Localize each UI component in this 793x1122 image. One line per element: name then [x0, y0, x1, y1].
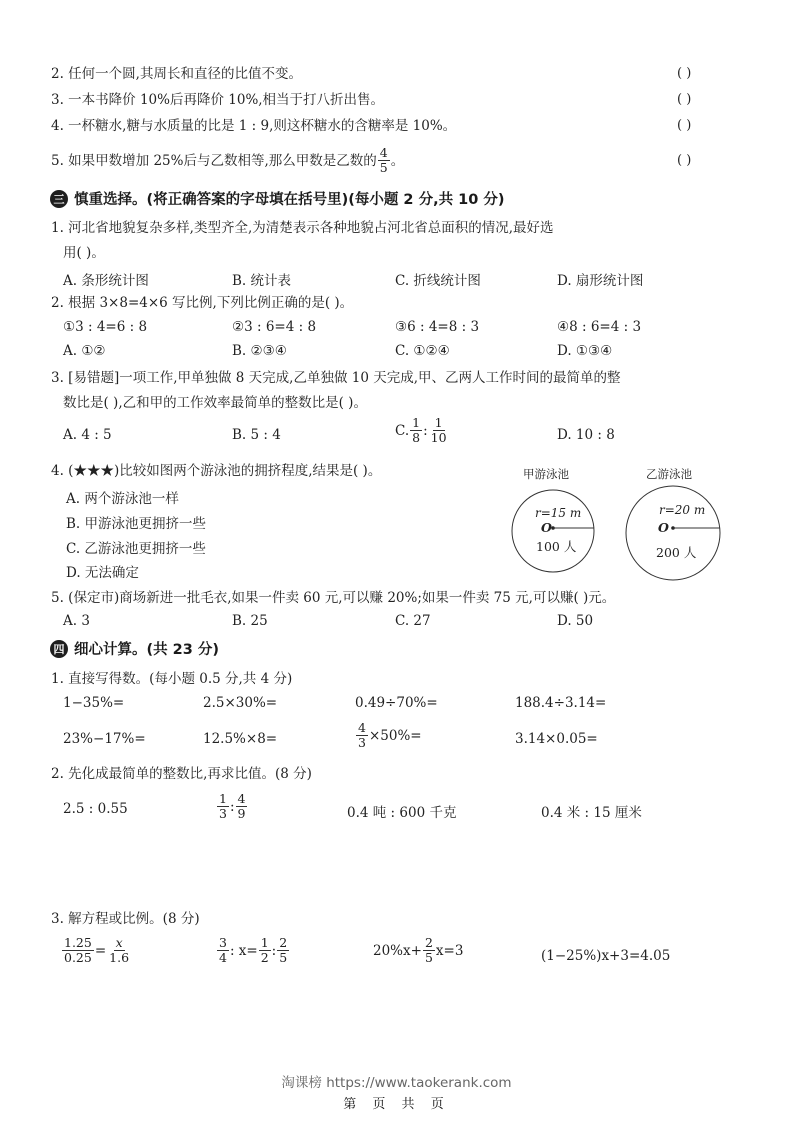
calc-item: 43 ×50%= — [355, 721, 422, 750]
expression: 20%x+ — [373, 943, 422, 959]
answer-bracket[interactable]: ( ) — [677, 153, 691, 168]
ratio-sign: : — [230, 799, 235, 815]
option-c[interactable]: C. 27 — [395, 613, 431, 629]
item-text: 。 — [391, 152, 405, 170]
numerator: x — [114, 936, 125, 951]
answer-bracket[interactable]: ( ) — [677, 92, 691, 107]
part-1-heading: 1. 直接写得数。(每小题 0.5 分,共 4 分) — [51, 670, 292, 688]
option-d[interactable]: D. ①③④ — [557, 343, 612, 359]
fraction: 43 — [356, 721, 368, 750]
option-c[interactable]: C. 乙游泳池更拥挤一些 — [66, 537, 206, 557]
question-1-line2[interactable]: 用( )。 — [63, 244, 105, 262]
denominator: 3 — [217, 807, 229, 821]
center-label: O — [658, 520, 669, 535]
fraction: 18 — [410, 416, 422, 445]
expression: ×50%= — [369, 728, 422, 744]
option-d[interactable]: D. 无法确定 — [66, 561, 139, 581]
option-b[interactable]: B. 甲游泳池更拥挤一些 — [66, 512, 206, 532]
expression: : x= — [230, 943, 258, 959]
calc-item: 3.14×0.05= — [515, 731, 598, 747]
denominator: 5 — [378, 161, 390, 175]
denominator: 3 — [356, 736, 368, 750]
question-4-stem: 4. (★★★)比较如图两个游泳池的拥挤程度,结果是( )。 — [51, 462, 381, 480]
numerator: 4 — [236, 792, 248, 807]
option-c[interactable]: C. 折线统计图 — [395, 269, 481, 289]
calc-item: 188.4÷3.14= — [515, 695, 606, 711]
question-2-stem: 2. 根据 3×8=4×6 写比例,下列比例正确的是( )。 — [51, 294, 353, 312]
option-a[interactable]: A. 条形统计图 — [63, 269, 149, 289]
option-a[interactable]: A. 3 — [63, 613, 90, 629]
option-b[interactable]: B. 5 : 4 — [232, 427, 281, 443]
judgement-item-5: 5. 如果甲数增加 25%后与乙数相等,那么甲数是乙数的 45 。 — [51, 146, 404, 175]
proportion-choice-2: ②3 : 6=4 : 8 — [232, 319, 316, 335]
calc-item: 1−35%= — [63, 695, 124, 711]
equation-item: 20%x+ 25 x=3 — [373, 936, 463, 965]
pool-title: 甲游泳池 — [523, 466, 569, 482]
calc-item: 2.5×30%= — [203, 695, 277, 711]
option-a[interactable]: A. ①② — [63, 343, 106, 359]
numerator: 1.25 — [62, 936, 94, 951]
judgement-item-3: 3. 一本书降价 10%后再降价 10%,相当于打八折出售。 — [51, 91, 384, 109]
section-4-heading: 四 细心计算。(共 23 分) — [50, 638, 219, 659]
numerator: 4 — [378, 146, 390, 161]
fraction: 45 — [378, 146, 390, 175]
ratio-sign: : — [272, 943, 277, 959]
page-number: 第 页 共 页 — [0, 1093, 793, 1112]
radius-label: r=15 m — [535, 506, 581, 520]
option-d[interactable]: D. 10 : 8 — [557, 427, 615, 443]
pool-people-count: 200 人 — [656, 543, 696, 561]
denominator: 0.25 — [62, 951, 94, 965]
item-text: 5. 如果甲数增加 25%后与乙数相等,那么甲数是乙数的 — [51, 152, 377, 170]
ratio-item: 0.4 吨 : 600 千克 — [347, 801, 456, 821]
pool-radius: r=15 m — [535, 506, 581, 520]
denominator: 4 — [217, 951, 229, 965]
section-3-heading: 三 慎重选择。(将正确答案的字母填在括号里)(每小题 2 分,共 10 分) — [50, 188, 504, 209]
radius-label: r=20 m — [659, 503, 705, 517]
fraction: 49 — [236, 792, 248, 821]
equation-item: (1−25%)x+3=4.05 — [541, 948, 670, 964]
denominator: 9 — [236, 807, 248, 821]
numerator: 2 — [423, 936, 435, 951]
expression: x=3 — [436, 943, 464, 959]
fraction: 12 — [259, 936, 271, 965]
calc-item: 0.49÷70%= — [355, 695, 438, 711]
pool-title: 乙游泳池 — [646, 466, 692, 482]
center-label: O — [541, 520, 552, 535]
fraction: 1.250.25 — [62, 936, 94, 965]
section-title: 细心计算。(共 23 分) — [74, 638, 219, 659]
fraction: 25 — [277, 936, 289, 965]
option-b[interactable]: B. ②③④ — [232, 343, 287, 359]
answer-bracket[interactable]: ( ) — [677, 66, 691, 81]
denominator: 2 — [259, 951, 271, 965]
denominator: 8 — [410, 431, 422, 445]
section-number-badge: 三 — [50, 190, 68, 208]
denominator: 10 — [429, 431, 449, 445]
part-2-heading: 2. 先化成最简单的整数比,再求比值。(8 分) — [51, 765, 312, 783]
denominator: 1.6 — [107, 951, 131, 965]
equals-sign: = — [95, 943, 106, 959]
numerator: 4 — [356, 721, 368, 736]
footer-watermark: 淘课榜 https://www.taokerank.com — [0, 1071, 793, 1091]
proportion-choice-4: ④8 : 6=4 : 3 — [557, 319, 641, 335]
denominator: 5 — [277, 951, 289, 965]
question-1-line1: 1. 河北省地貌复杂多样,类型齐全,为清楚表示各种地貌占河北省总面积的情况,最好… — [51, 219, 554, 237]
fraction: 34 — [217, 936, 229, 965]
pool-people-count: 100 人 — [536, 537, 576, 555]
option-d[interactable]: D. 50 — [557, 613, 593, 629]
numerator: 1 — [259, 936, 271, 951]
section-number-badge: 四 — [50, 640, 68, 658]
pool-radius: r=20 m — [659, 503, 705, 517]
calc-item: 23%−17%= — [63, 731, 146, 747]
fraction: x1.6 — [107, 936, 131, 965]
question-5-stem: 5. (保定市)商场新进一批毛衣,如果一件卖 60 元,可以赚 20%;如果一件… — [51, 589, 615, 607]
numerator: 1 — [433, 416, 445, 431]
option-d[interactable]: D. 扇形统计图 — [557, 269, 643, 289]
ratio-sign: : — [423, 423, 428, 439]
proportion-choice-1: ①3 : 4=6 : 8 — [63, 319, 147, 335]
option-a[interactable]: A. 两个游泳池一样 — [66, 487, 179, 507]
fraction: 13 — [217, 792, 229, 821]
judgement-item-4: 4. 一杯糖水,糖与水质量的比是 1 : 9,则这杯糖水的含糖率是 10%。 — [51, 117, 456, 135]
option-c[interactable]: C. ①②④ — [395, 343, 450, 359]
ratio-item: 0.4 米 : 15 厘米 — [541, 801, 642, 821]
proportion-choice-3: ③6 : 4=8 : 3 — [395, 319, 479, 335]
option-c[interactable]: C. 18 : 110 — [395, 416, 450, 445]
equation-item: 34 : x= 12 : 25 — [216, 936, 290, 965]
option-a[interactable]: A. 4 : 5 — [63, 427, 112, 443]
numerator: 3 — [217, 936, 229, 951]
ratio-item: 13 : 49 — [216, 792, 248, 821]
option-label: C. — [395, 423, 409, 439]
equation-item: 1.250.25 = x1.6 — [61, 936, 132, 965]
answer-bracket[interactable]: ( ) — [677, 118, 691, 133]
numerator: 1 — [410, 416, 422, 431]
calc-item: 12.5%×8= — [203, 731, 277, 747]
pool-circle-icon — [624, 484, 722, 582]
question-3-line2[interactable]: 数比是( ),乙和甲的工作效率最简单的整数比是( )。 — [63, 394, 367, 412]
question-3-line1: 3. [易错题]一项工作,甲单独做 8 天完成,乙单独做 10 天完成,甲、乙两… — [51, 369, 621, 387]
numerator: 2 — [277, 936, 289, 951]
judgement-item-2: 2. 任何一个圆,其周长和直径的比值不变。 — [51, 65, 302, 83]
denominator: 5 — [423, 951, 435, 965]
pool-circle-icon — [510, 488, 596, 574]
section-title: 慎重选择。(将正确答案的字母填在括号里)(每小题 2 分,共 10 分) — [74, 188, 504, 209]
option-b[interactable]: B. 25 — [232, 613, 268, 629]
ratio-item: 2.5 : 0.55 — [63, 801, 128, 817]
fraction: 110 — [429, 416, 449, 445]
option-b[interactable]: B. 统计表 — [232, 269, 291, 289]
fraction: 25 — [423, 936, 435, 965]
part-3-heading: 3. 解方程或比例。(8 分) — [51, 910, 200, 928]
numerator: 1 — [217, 792, 229, 807]
